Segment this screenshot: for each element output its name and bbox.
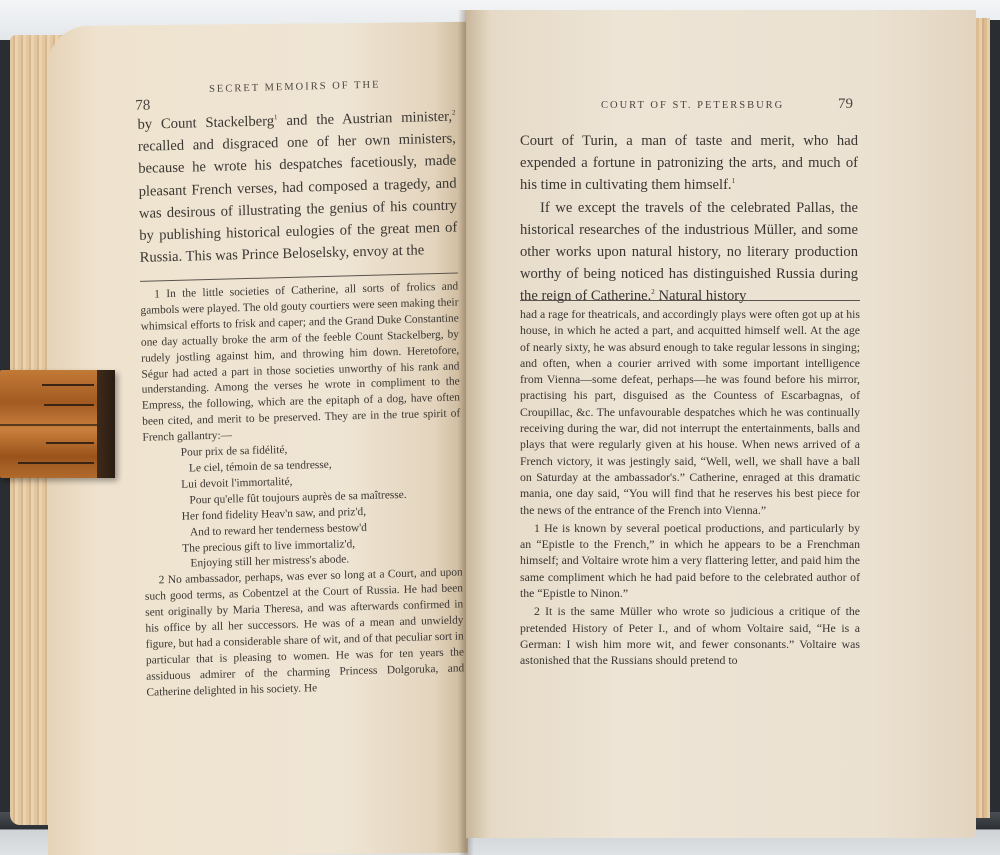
running-head-left: SECRET MEMOIRS OF THE xyxy=(209,80,381,95)
page-number-right: 79 xyxy=(838,96,853,113)
wooden-ruler-bookmark xyxy=(0,370,115,478)
footnote-rule-right xyxy=(520,300,860,301)
right-footnotes: had a rage for theatricals, and accordin… xyxy=(520,306,860,669)
running-head-right: COURT OF ST. PETERSBURG xyxy=(601,100,784,111)
footnote-continuation: had a rage for theatricals, and accordin… xyxy=(520,306,860,518)
page-number-left: 78 xyxy=(135,98,150,115)
ruler-tick xyxy=(18,462,94,464)
left-footnotes: 1 In the little societies of Catherine, … xyxy=(140,279,464,701)
footnote-2: 2 No ambassador, perhaps, was ever so lo… xyxy=(145,566,465,702)
ruler-tick xyxy=(42,384,94,386)
right-body-text: Court of Turin, a man of taste and merit… xyxy=(520,130,858,308)
footnote-1: 1 In the little societies of Catherine, … xyxy=(140,279,460,446)
right-page: COURT OF ST. PETERSBURG 79 Court of Turi… xyxy=(466,10,976,838)
footnote-1-right: 1 He is known by several poetical produc… xyxy=(520,520,860,601)
ruler-tick xyxy=(46,442,94,444)
left-body-text: by Count Stackelberg1 and the Austrian m… xyxy=(137,106,457,270)
ruler-joint xyxy=(0,424,97,426)
footnote-2-right: 2 It is the same Müller who wrote so jud… xyxy=(520,603,860,668)
ruler-tick xyxy=(44,404,94,406)
ruler-brass-cap xyxy=(97,370,115,478)
poem-verse: Pour prix de sa fidélité, Le ciel, témoi… xyxy=(143,439,463,575)
